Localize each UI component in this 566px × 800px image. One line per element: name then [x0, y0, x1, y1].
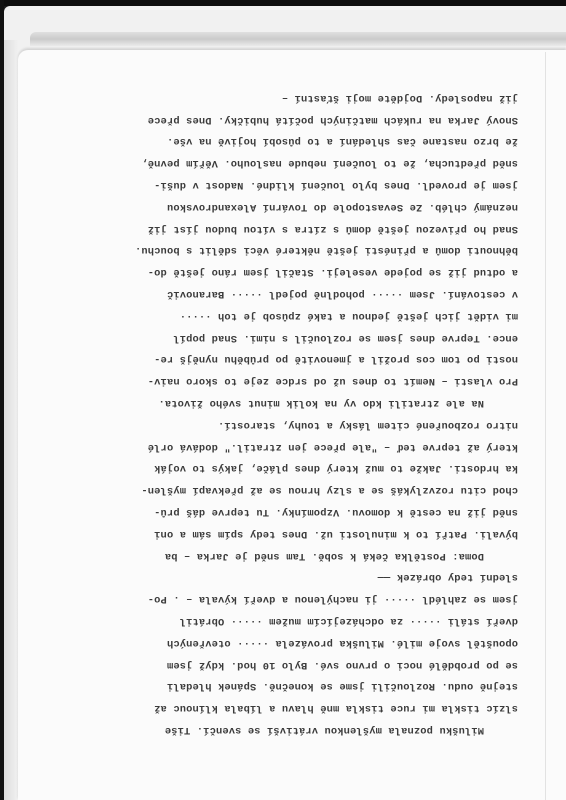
text-line: v cestování. Jsem ····· pohodlně pojedl …: [63, 282, 518, 304]
text-line: opouštěl svoje milé. Miluška provázela ·…: [63, 631, 518, 653]
text-line: Snad ho přivezou ještě domů s zítra s ví…: [63, 217, 518, 239]
paper-curl-edge: [30, 32, 566, 46]
text-line: Snový Jarka na rukách matčiných počítá h…: [63, 108, 518, 130]
text-line: neznámý chléb. Ze Sevastopole do Tovární…: [63, 195, 518, 217]
text-line: sněd již na cestě k domovu. Vzpomínky. T…: [63, 500, 518, 522]
text-line: jsem je provedl. Dnes bylo loučení klidn…: [63, 173, 518, 195]
text-line: sněd předtucha, že to loučení nebude nas…: [63, 151, 518, 173]
text-line: že brzo nastane čas shledání a to působí…: [63, 130, 518, 152]
paper-edge-shadow: [4, 40, 18, 800]
text-line: Na ale ztratili kdo vy na kolik minut sv…: [63, 391, 518, 413]
text-line: se po probdělé noci o prvno své. Bylo 10…: [63, 653, 518, 675]
text-line: nosti po tom cos prožil a jmenovitě po p…: [63, 348, 518, 370]
text-line: a odtud již se pojede veseleji. Stačil j…: [63, 260, 518, 282]
text-line: jsem se zahlédl ····· ji nachýlenou a dv…: [63, 587, 518, 609]
text-line: ka hrdosti. Jakže to muž který dnes pláč…: [63, 457, 518, 479]
text-line: dveří stáli ····· za odcházejícím mužem …: [63, 609, 518, 631]
text-line: stejně oudu. Rozloučili jsme se konečně.…: [63, 675, 518, 697]
text-line: Milušku poznala myšlenkou vrátivší se sv…: [63, 718, 518, 740]
text-line: slzíc tiskla mi ruce tiskla mně hlavu a …: [63, 696, 518, 718]
text-line: Pro vlasti – Nemít to dnes už od srdce z…: [63, 369, 518, 391]
text-line: ence. Teprve dnes jsem se rozloučil s ni…: [63, 326, 518, 348]
paper-fold-line: [545, 52, 546, 800]
text-line: mi vidět jich ještě jednou a také způsob…: [63, 304, 518, 326]
text-line: nitro rozbouřené citem lásky a touhy, st…: [63, 413, 518, 435]
typed-text-block: Milušku poznala myšlenkou vrátivší se sv…: [63, 80, 518, 740]
text-line: již naposledy. Dojděte moji šťastní –: [63, 86, 518, 108]
text-line: který až teprve teď – "ale přece jen ztr…: [63, 435, 518, 457]
text-line: chod citu rozvzlykáš se a slzy hrnou se …: [63, 478, 518, 500]
text-line: Doma: Postělka čeká k sobě. Tam sněd je …: [63, 544, 518, 566]
text-line: bývali. Patří to k minulosti už. Dnes te…: [63, 522, 518, 544]
text-line: běhnouti domů a přinésti ještě některé v…: [63, 239, 518, 261]
text-line: slední tedy obrázek ——: [63, 566, 518, 588]
scan-top-border: [0, 0, 566, 6]
